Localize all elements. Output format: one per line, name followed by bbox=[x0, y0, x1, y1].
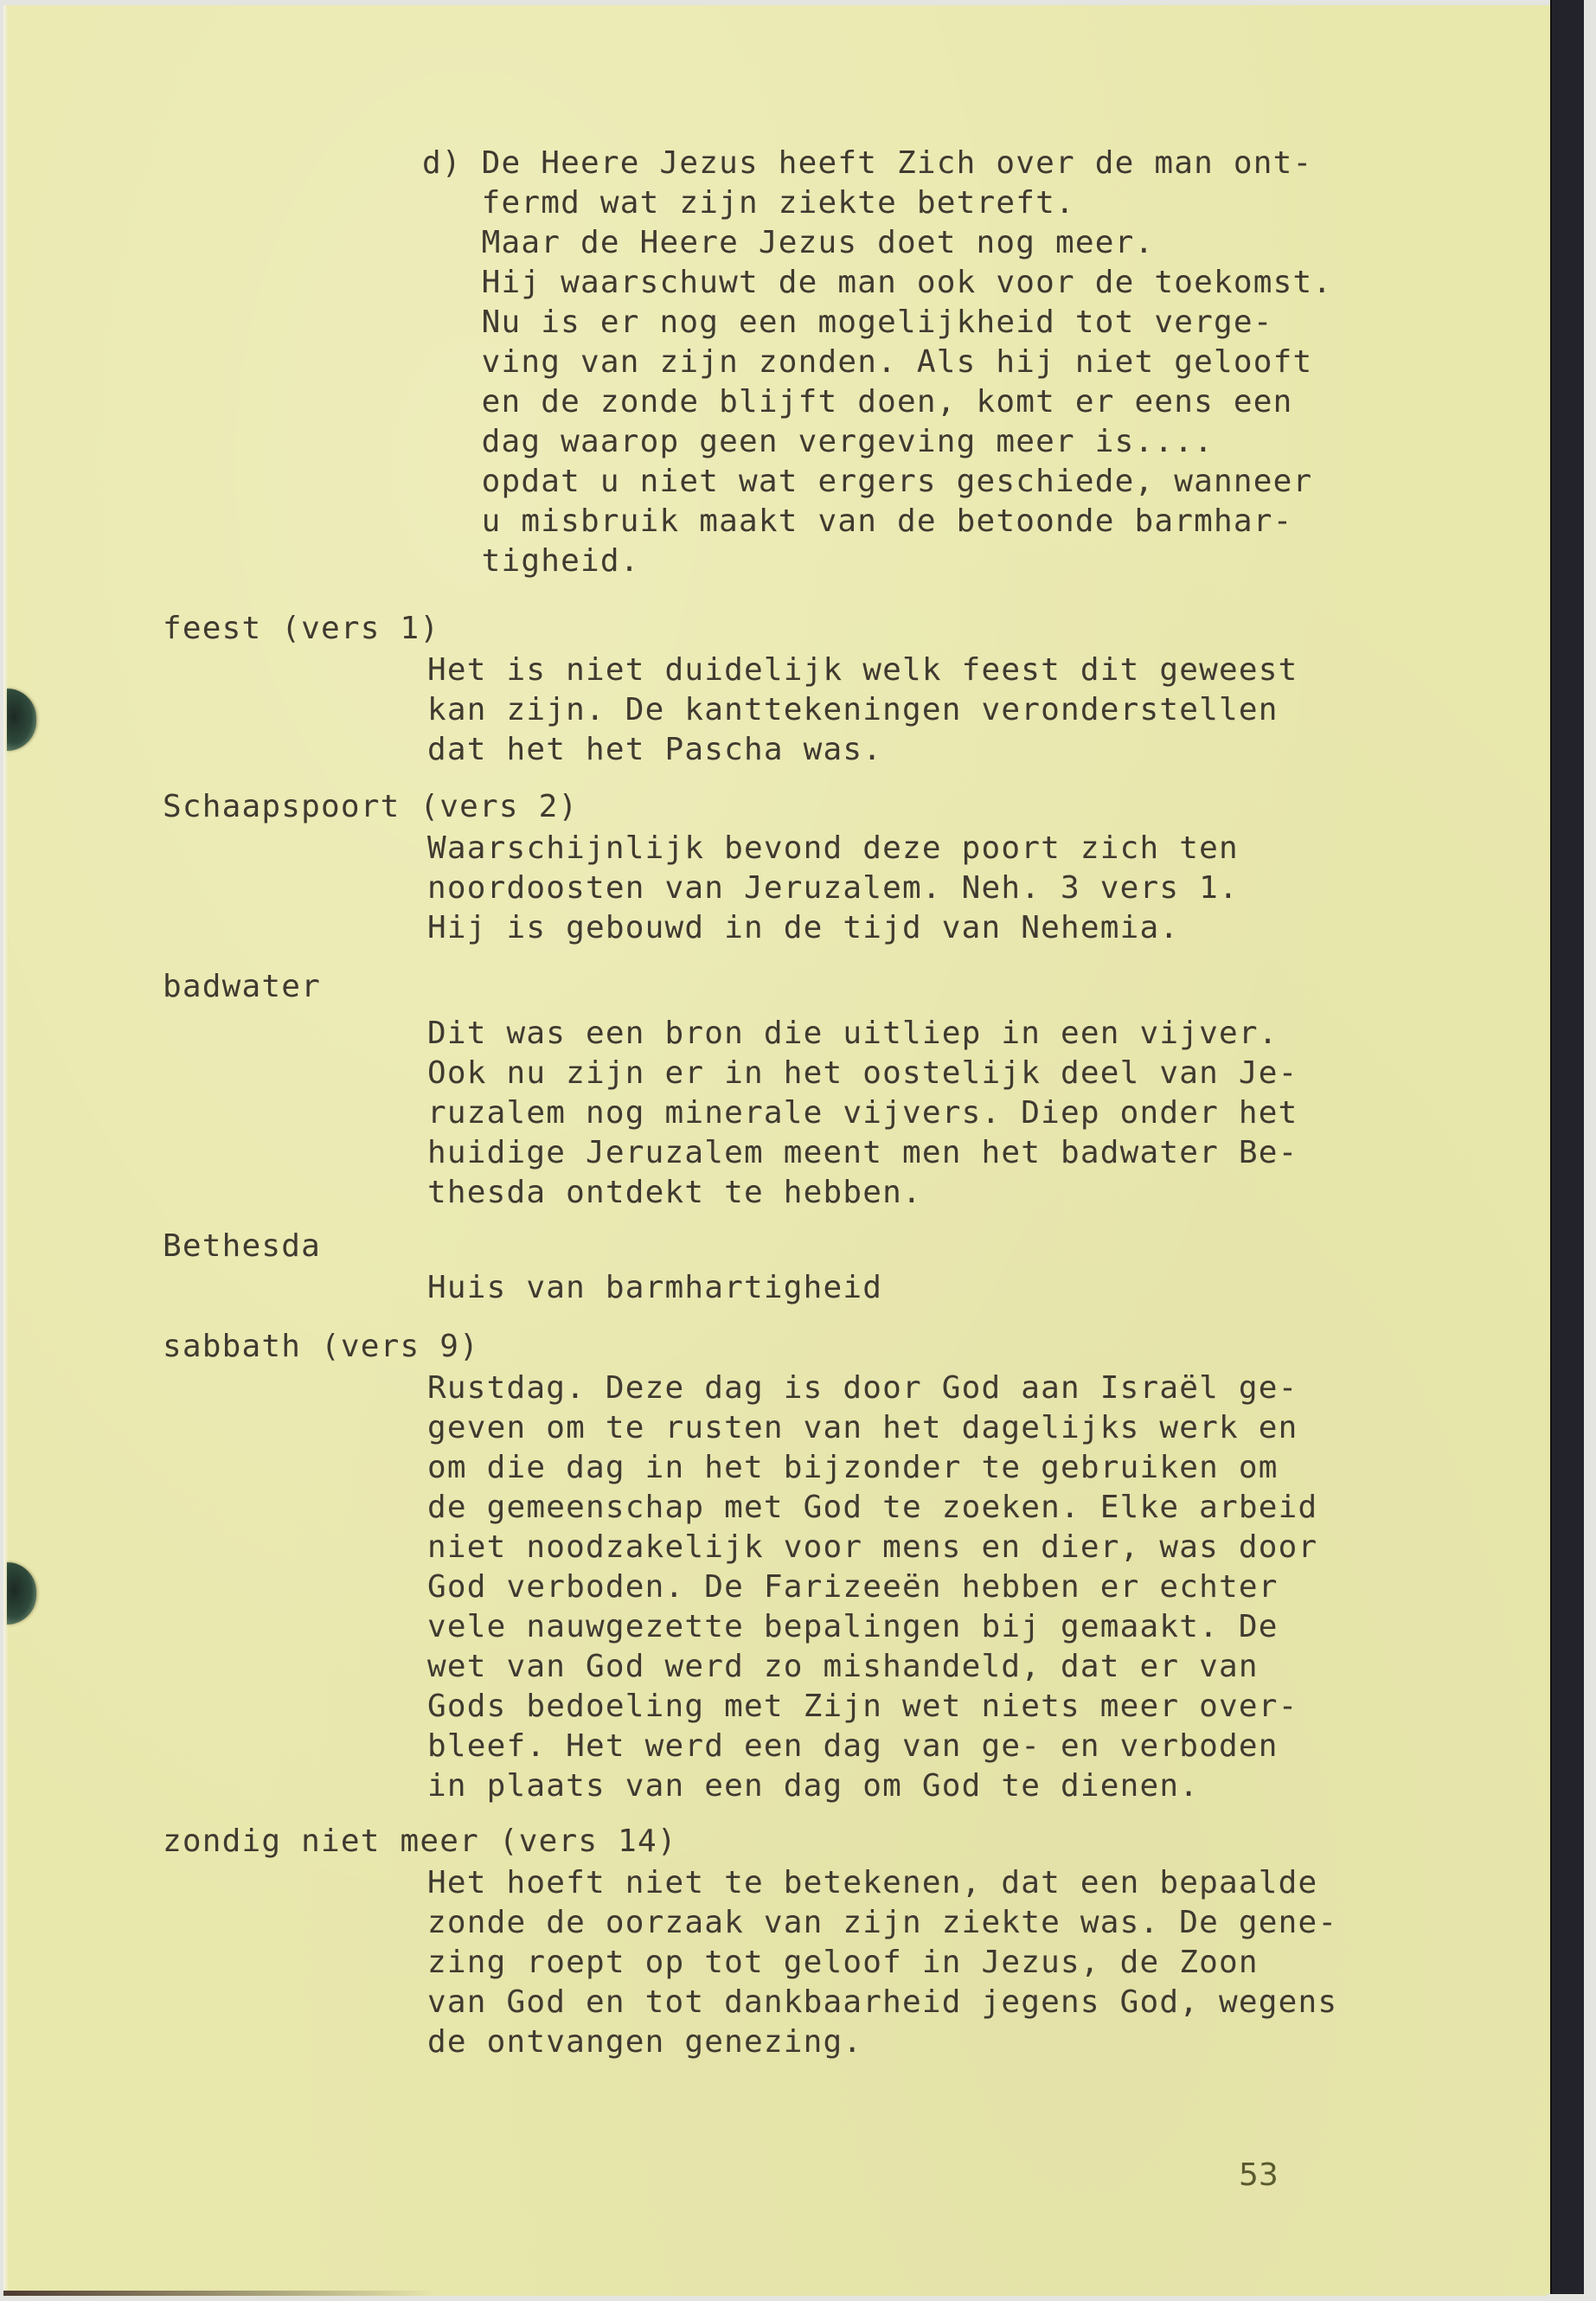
text-line: in plaats van een dag om God te dienen. bbox=[427, 1766, 1317, 1806]
glossary-definition: Dit was een bron die uitliep in een vijv… bbox=[427, 1014, 1298, 1213]
text-line: Huis van barmhartigheid bbox=[427, 1268, 882, 1308]
text-line: Het hoeft niet te betekenen, dat een bep… bbox=[427, 1863, 1337, 1903]
text-line: kan zijn. De kanttekeningen veronderstel… bbox=[427, 690, 1298, 730]
page-shadow bbox=[3, 2291, 436, 2296]
glossary-term: feest (vers 1) bbox=[163, 611, 439, 646]
glossary-term: badwater bbox=[163, 969, 321, 1004]
binding-hole-icon bbox=[7, 689, 36, 751]
glossary-definition: Het is niet duidelijk welk feest dit gew… bbox=[427, 651, 1298, 770]
text-line: Waarschijnlijk bevond deze poort zich te… bbox=[427, 829, 1239, 868]
text-line: Hij is gebouwd in de tijd van Nehemia. bbox=[427, 908, 1239, 948]
binding-hole-icon bbox=[7, 1562, 36, 1625]
text-line: om die dag in het bijzonder te gebruiken… bbox=[427, 1448, 1317, 1488]
text-line: thesda ontdekt te hebben. bbox=[427, 1173, 1298, 1213]
text-line: d) De Heere Jezus heeft Zich over de man… bbox=[422, 144, 1332, 183]
text-line: van God en tot dankbaarheid jegens God, … bbox=[427, 1983, 1337, 2022]
text-line: u misbruik maakt van de betoonde barmhar… bbox=[422, 502, 1332, 542]
text-line: bleef. Het werd een dag van ge- en verbo… bbox=[427, 1727, 1317, 1766]
text-line: en de zonde blijft doen, komt er eens ee… bbox=[422, 382, 1332, 422]
text-line: tigheid. bbox=[422, 542, 1332, 581]
glossary-definition: Het hoeft niet te betekenen, dat een bep… bbox=[427, 1863, 1337, 2062]
text-line: noordoosten van Jeruzalem. Neh. 3 vers 1… bbox=[427, 868, 1239, 908]
glossary-term: sabbath (vers 9) bbox=[163, 1329, 479, 1364]
glossary-definition: Waarschijnlijk bevond deze poort zich te… bbox=[427, 829, 1239, 948]
page-number: 53 bbox=[1239, 2157, 1279, 2193]
page-edge bbox=[3, 5, 9, 2296]
glossary-term: zondig niet meer (vers 14) bbox=[163, 1823, 677, 1859]
document-page: d) De Heere Jezus heeft Zich over de man… bbox=[3, 5, 1552, 2296]
text-line: Het is niet duidelijk welk feest dit gew… bbox=[427, 651, 1298, 690]
text-line: niet noodzakelijk voor mens en dier, was… bbox=[427, 1528, 1317, 1567]
text-line: ruzalem nog minerale vijvers. Diep onder… bbox=[427, 1093, 1298, 1133]
glossary-definition: Huis van barmhartigheid bbox=[427, 1268, 882, 1308]
book-spine bbox=[1550, 0, 1584, 2294]
text-line: Ook nu zijn er in het oostelijk deel van… bbox=[427, 1054, 1298, 1093]
text-line: huidige Jeruzalem meent men het badwater… bbox=[427, 1133, 1298, 1173]
text-line: de gemeenschap met God te zoeken. Elke a… bbox=[427, 1488, 1317, 1528]
glossary-definition: Rustdag. Deze dag is door God aan Israël… bbox=[427, 1368, 1317, 1806]
text-line: wet van God werd zo mishandeld, dat er v… bbox=[427, 1647, 1317, 1687]
text-line: fermd wat zijn ziekte betreft. bbox=[422, 183, 1332, 223]
text-line: Nu is er nog een mogelijkheid tot verge- bbox=[422, 303, 1332, 343]
text-line: Gods bedoeling met Zijn wet niets meer o… bbox=[427, 1687, 1317, 1727]
text-line: Hij waarschuwt de man ook voor de toekom… bbox=[422, 263, 1332, 303]
text-line: dat het het Pascha was. bbox=[427, 730, 1298, 770]
text-line: Rustdag. Deze dag is door God aan Israël… bbox=[427, 1368, 1317, 1408]
text-line: de ontvangen genezing. bbox=[427, 2022, 1337, 2062]
text-line: God verboden. De Farizeeën hebben er ech… bbox=[427, 1567, 1317, 1607]
text-line: dag waarop geen vergeving meer is.... bbox=[422, 422, 1332, 462]
text-line: zonde de oorzaak van zijn ziekte was. De… bbox=[427, 1903, 1337, 1943]
text-line: Dit was een bron die uitliep in een vijv… bbox=[427, 1014, 1298, 1054]
text-line: zing roept op tot geloof in Jezus, de Zo… bbox=[427, 1943, 1337, 1983]
text-line: vele nauwgezette bepalingen bij gemaakt.… bbox=[427, 1607, 1317, 1647]
glossary-term: Schaapspoort (vers 2) bbox=[163, 789, 578, 824]
text-line: geven om te rusten van het dagelijks wer… bbox=[427, 1408, 1317, 1448]
glossary-term: Bethesda bbox=[163, 1228, 321, 1264]
intro-paragraph: d) De Heere Jezus heeft Zich over de man… bbox=[422, 144, 1332, 581]
text-line: opdat u niet wat ergers geschiede, wanne… bbox=[422, 462, 1332, 502]
text-line: ving van zijn zonden. Als hij niet geloo… bbox=[422, 343, 1332, 382]
text-line: Maar de Heere Jezus doet nog meer. bbox=[422, 223, 1332, 263]
